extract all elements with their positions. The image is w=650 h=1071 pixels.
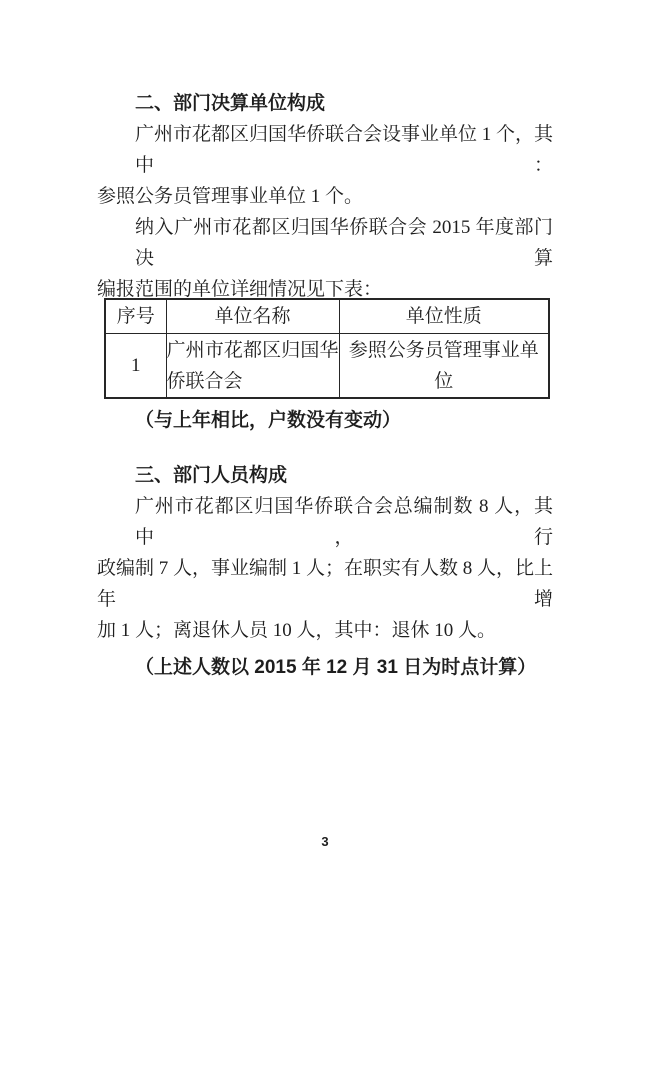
- paragraph-line: 广州市花都区归国华侨联合会设事业单位 1 个，其中：: [97, 119, 553, 181]
- page-content: 二、部门决算单位构成 广州市花都区归国华侨联合会设事业单位 1 个，其中： 参照…: [0, 0, 650, 683]
- units-table: 序号 单位名称 单位性质 1 广州市花都区归国华侨联合会 参照公务员管理事业单位: [104, 298, 550, 399]
- cell-unit-name: 广州市花都区归国华侨联合会: [166, 334, 339, 399]
- cell-index: 1: [105, 334, 166, 399]
- paragraph-line: 纳入广州市花都区归国华侨联合会 2015 年度部门决算: [97, 212, 553, 274]
- page-number: 3: [0, 834, 650, 849]
- paragraph-line: 政编制 7 人，事业编制 1 人；在职实有人数 8 人，比上年增: [97, 553, 553, 615]
- note-unit-count-unchanged: （与上年相比，户数没有变动）: [97, 405, 553, 436]
- document-page: 二、部门决算单位构成 广州市花都区归国华侨联合会设事业单位 1 个，其中： 参照…: [0, 0, 650, 1071]
- paragraph-personnel: 广州市花都区归国华侨联合会总编制数 8 人，其中，行 政编制 7 人，事业编制 …: [97, 491, 553, 646]
- section-2-heading: 二、部门决算单位构成: [97, 88, 553, 119]
- paragraph-line: 加 1 人；离退休人员 10 人，其中：退休 10 人。: [97, 615, 553, 646]
- paragraph-line: 参照公务员管理事业单位 1 个。: [97, 181, 553, 212]
- section-3-heading: 三、部门人员构成: [97, 460, 553, 491]
- table-row: 1 广州市花都区归国华侨联合会 参照公务员管理事业单位: [105, 334, 549, 399]
- paragraph-table-intro: 纳入广州市花都区归国华侨联合会 2015 年度部门决算 编报范围的单位详细情况见…: [97, 212, 553, 305]
- cell-unit-type: 参照公务员管理事业单位: [339, 334, 549, 399]
- note-headcount-reference-date: （上述人数以 2015 年 12 月 31 日为时点计算）: [97, 652, 553, 683]
- paragraph-unit-composition: 广州市花都区归国华侨联合会设事业单位 1 个，其中： 参照公务员管理事业单位 1…: [97, 119, 553, 212]
- paragraph-line: 广州市花都区归国华侨联合会总编制数 8 人，其中，行: [97, 491, 553, 553]
